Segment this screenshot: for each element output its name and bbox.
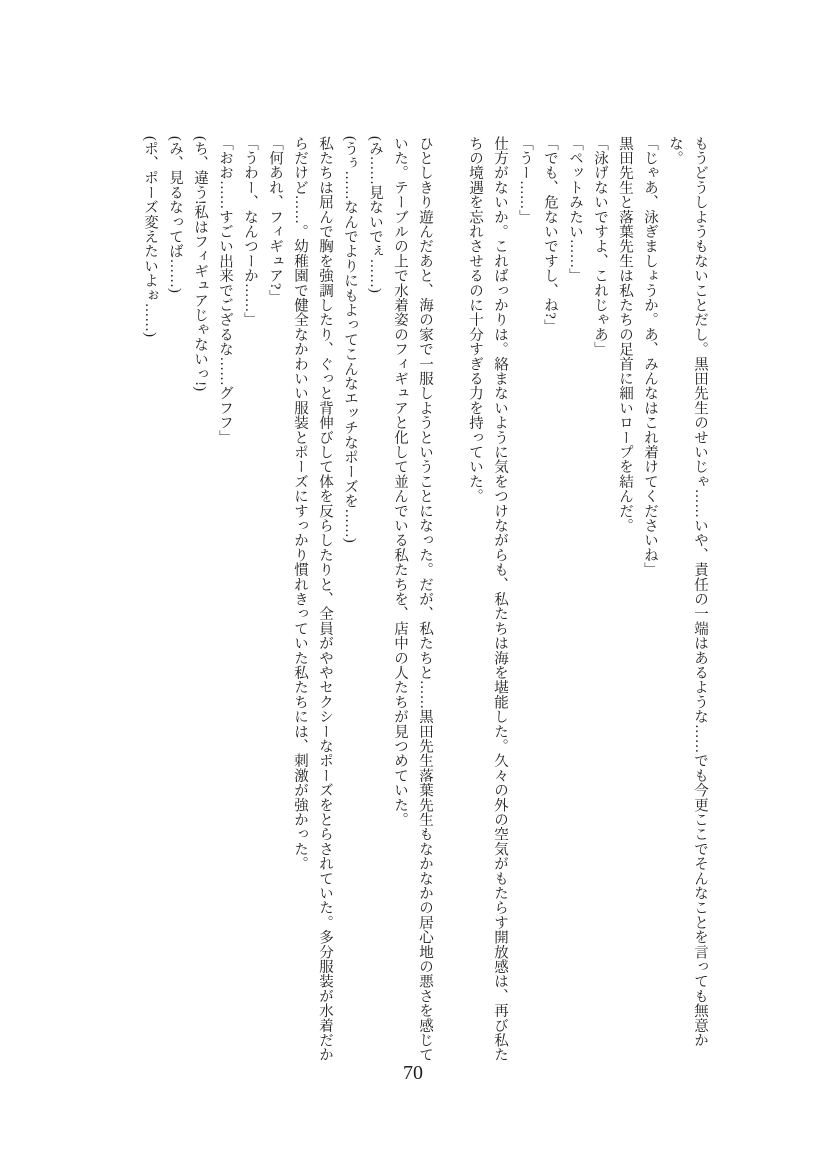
text-line: 「何あれ、フィギュア?」 <box>262 136 287 1052</box>
text-line: らだけど……。幼稚園で健全なかわいい服装とポーズにすっかり慣れきっていた私たちに… <box>287 136 312 1052</box>
text-line: 「うー……」 <box>512 136 537 1052</box>
text-line: 黒田先生と落葉先生は私たちの足首に細いロープを結んだ。 <box>612 136 637 1052</box>
text-line: (ポ、ポーズ変えたいよぉ……) <box>137 136 162 1052</box>
text-line: (ち、違う!私はフィギュアじゃないっ!) <box>187 136 212 1052</box>
text-line: 「うわー、なんつーか……」 <box>237 136 262 1052</box>
text-line: 「でも、危ないですし、ね?」 <box>537 136 562 1052</box>
page-number: 70 <box>0 1062 826 1084</box>
text-line: ひとしきり遊んだあと、海の家で一服しようということになった。だが、私たちと……黒… <box>412 136 437 1052</box>
text-line: 私たちは屈んで胸を強調したり、ぐっと背伸びして体を反らしたりと、全員がややセクシ… <box>312 136 337 1052</box>
text-line: 「おお……すごい出来でござるな……グフフ」 <box>212 136 237 1052</box>
text-line: 「泳げないですよ、これじゃあ」 <box>587 136 612 1052</box>
vertical-text-block: もうどうしようもないことだし。黒田先生のせいじゃ……いや、責任の一端はあるような… <box>137 136 712 1052</box>
text-line: 「ペットみたい……」 <box>562 136 587 1052</box>
text-line: いた。テーブルの上で水着姿のフィギュアと化して並んでいる私たちを、店中の人たちが… <box>387 136 412 1052</box>
text-line: ちの境遇を忘れさせるのに十分すぎる力を持っていた。 <box>462 136 487 1052</box>
text-line: (み、見るなってば……) <box>162 136 187 1052</box>
text-line: 「じゃあ、泳ぎましょうか。あ、みんなはこれ着けてくださいね」 <box>637 136 662 1052</box>
text-line: (み……見ないでぇ……) <box>362 136 387 1052</box>
text-line: (うぅ……なんでよりにもよってこんなエッチなポーズを……) <box>337 136 362 1052</box>
text-line: な。 <box>662 136 687 1052</box>
text-line: もうどうしようもないことだし。黒田先生のせいじゃ……いや、責任の一端はあるような… <box>687 136 712 1052</box>
text-line-blank <box>437 136 462 1052</box>
document-page: もうどうしようもないことだし。黒田先生のせいじゃ……いや、責任の一端はあるような… <box>0 0 826 1169</box>
text-line: 仕方がないか。こればっかりは。絡まないように気をつけながらも、私たちは海を堪能し… <box>487 136 512 1052</box>
